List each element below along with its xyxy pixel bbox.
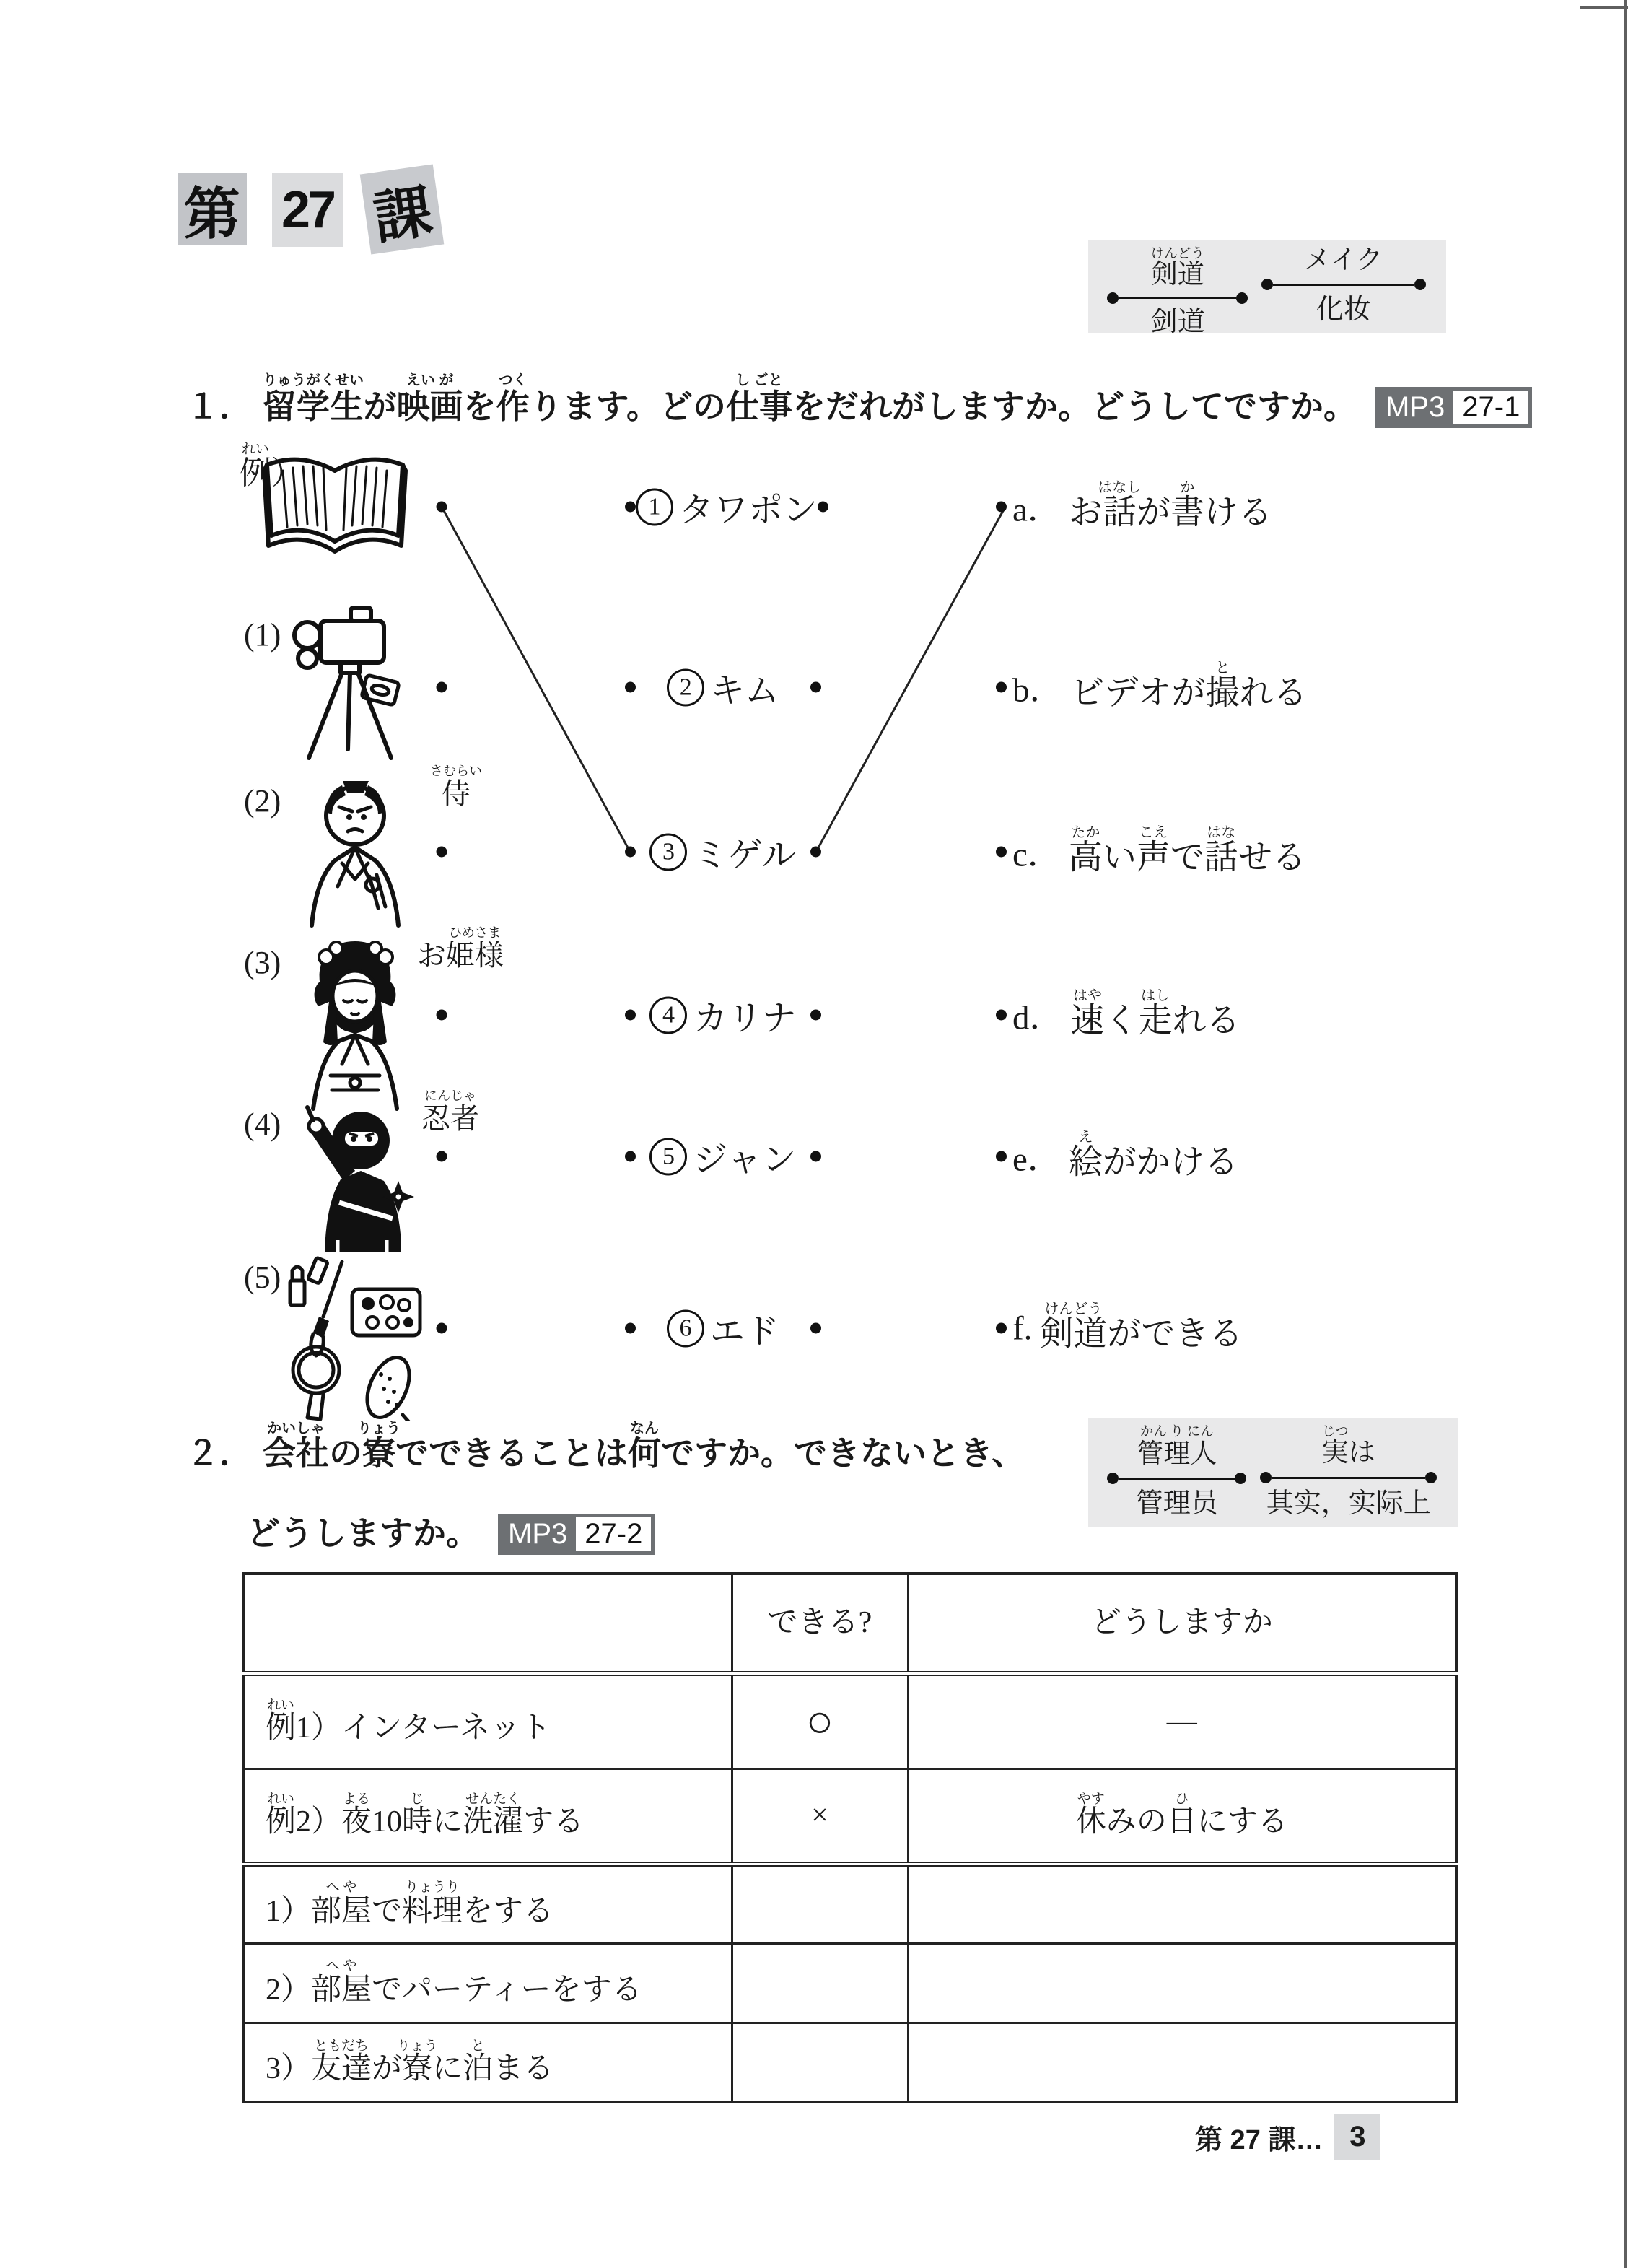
dot-icon — [1261, 279, 1273, 290]
page-edge-line — [1624, 0, 1627, 2268]
table-row-3: 3）友達ともだちが寮りょうに泊とまる — [244, 2023, 1456, 2102]
cell-task: 例れい2）夜よる10時じに洗濯せんたくする — [244, 1768, 732, 1864]
answer-text: 速はやく走はしれる — [1071, 988, 1240, 1042]
answer-text: お話はなしが書かける — [1069, 480, 1272, 534]
dot-icon — [625, 847, 636, 858]
name-row-jean: 5ジャン — [625, 1132, 821, 1182]
cell-can — [732, 2023, 908, 2102]
name-text: エド — [710, 1304, 779, 1353]
mp3-badge: MP3 27-1 — [1375, 387, 1532, 428]
page-corner-tick — [1580, 6, 1628, 9]
video-camera-icon — [279, 601, 408, 780]
makeup-set-icon — [271, 1250, 436, 1424]
vocab-item: メイク 化妆 — [1254, 247, 1433, 325]
vocab-item: 実じつは 其实，实际上 — [1252, 1425, 1445, 1519]
cell-how: 休やすみの日ひにする — [908, 1768, 1456, 1864]
vocab-japanese: 剣道けんどう — [1151, 247, 1204, 289]
dot-icon — [810, 682, 821, 693]
dot-icon — [625, 682, 636, 693]
answer-row-b: b． ビデオが撮とれる — [996, 660, 1308, 715]
dot-icon — [1260, 1472, 1272, 1483]
name-row-miguel: 3ミゲル — [625, 827, 821, 877]
dot-icon-4 — [437, 1151, 447, 1162]
item-label-2: (2) — [244, 785, 281, 817]
lesson-header-ka: 課 — [360, 164, 445, 254]
vocab-item: 剣道けんどう 剑道 — [1101, 247, 1254, 325]
answer-row-e: e． 絵えがかける — [996, 1130, 1238, 1184]
header-task — [244, 1574, 732, 1673]
answer-letter: a． — [1012, 483, 1062, 531]
answer-letter: d． — [1012, 991, 1064, 1039]
caption-princess: お姫様ひめさま — [417, 925, 504, 970]
dot-icon — [810, 847, 821, 858]
caption-samurai: 侍さむらい — [430, 764, 482, 808]
dot-icon — [625, 1151, 636, 1162]
dot-icon-3 — [437, 1010, 447, 1021]
mp3-badge: MP3 27-2 — [498, 1514, 655, 1555]
name-row-edo: 6エド — [625, 1304, 821, 1353]
lesson-header-dai: 第 — [178, 173, 247, 245]
name-row-karina: 4カリナ — [625, 990, 821, 1040]
dormitory-rules-table: できる? どうしますか 例れい1）インターネット ○ — 例れい2）夜よる10時… — [242, 1572, 1458, 2103]
header-can: できる? — [732, 1574, 908, 1673]
vocab-divider — [1261, 279, 1427, 290]
cell-how — [908, 2023, 1456, 2102]
vocab-chinese: 剑道 — [1150, 308, 1205, 337]
dot-icon — [996, 1323, 1007, 1334]
ninja-icon — [283, 1094, 427, 1258]
dot-icon — [996, 682, 1007, 693]
circled-number: 5 — [649, 1138, 687, 1175]
footer-lesson-label: 第 27 課… — [1195, 2117, 1323, 2157]
table-row-example2: 例れい2）夜よる10時じに洗濯せんたくする × 休やすみの日ひにする — [244, 1768, 1456, 1864]
section1-number: １． — [186, 380, 253, 428]
mp3-track-number: 27-1 — [1453, 391, 1528, 424]
dot-icon — [810, 1010, 821, 1021]
textbook-page: 第 27 課 剣道けんどう 剑道 メイク 化妆 １． 留学生りゅうがくせいが映画… — [0, 0, 1628, 2268]
answer-row-d: d． 速はやく走はしれる — [996, 988, 1240, 1042]
vocab-chinese: 管理员 — [1136, 1490, 1218, 1519]
vocab-japanese: 実じつは — [1322, 1425, 1375, 1467]
cell-how — [908, 1864, 1456, 1943]
princess-icon — [286, 933, 424, 1115]
section2-title-line2: どうしますか。 — [247, 1507, 479, 1555]
circled-number: 6 — [667, 1309, 704, 1347]
item-label-3: (3) — [244, 947, 281, 979]
dot-icon — [1107, 1473, 1119, 1484]
dot-icon — [625, 1010, 636, 1021]
vocab-chinese: 化妆 — [1316, 296, 1371, 325]
dot-icon — [625, 502, 636, 513]
caption-ninja: 忍者にんじゃ — [421, 1089, 479, 1133]
dot-icon-1 — [437, 682, 447, 693]
section1-heading: １． 留学生りゅうがくせいが映画えい がを作つくります。どの仕事し ごとをだれが… — [186, 372, 1532, 428]
mp3-icon: MP3 — [1375, 387, 1453, 428]
circled-number: 4 — [649, 996, 687, 1034]
dot-icon — [1414, 279, 1426, 290]
vocab-box-kendo-make: 剣道けんどう 剑道 メイク 化妆 — [1088, 240, 1446, 333]
answer-text: 絵えがかける — [1069, 1130, 1238, 1184]
dot-icon — [996, 1151, 1007, 1162]
mp3-icon: MP3 — [498, 1514, 576, 1555]
vocab-box-kanrinin-jitsuwa: 管理人かん り にん 管理员 実じつは 其实，实际上 — [1088, 1418, 1458, 1527]
circled-number: 1 — [636, 488, 673, 525]
name-row-tawapon: 1タワポン — [625, 482, 821, 532]
dot-icon — [818, 502, 828, 513]
answer-row-a: a． お話はなしが書かける — [996, 480, 1272, 534]
dot-icon — [810, 1323, 821, 1334]
table-row-1: 1）部屋へ やで料理りょうりをする — [244, 1864, 1456, 1943]
item-label-1: (1) — [244, 619, 281, 651]
dot-icon — [810, 1151, 821, 1162]
answer-letter: c． — [1012, 828, 1062, 876]
dot-icon — [625, 1323, 636, 1334]
page-number: 3 — [1334, 2114, 1380, 2160]
cell-task: 2）部屋へ やでパーティーをする — [244, 1943, 732, 2023]
cell-task: 1）部屋へ やで料理りょうりをする — [244, 1864, 732, 1943]
dot-icon-2 — [437, 847, 447, 858]
table-header-row: できる? どうしますか — [244, 1574, 1456, 1673]
circled-number: 2 — [667, 668, 704, 706]
dot-icon — [996, 1010, 1007, 1021]
open-book-icon — [254, 446, 416, 574]
vocab-japanese: 管理人かん り にん — [1137, 1425, 1217, 1469]
lesson-header-number: 27 — [272, 173, 343, 247]
answer-letter: f. — [1012, 1309, 1032, 1348]
vocab-divider — [1260, 1472, 1437, 1483]
dot-icon — [1236, 292, 1248, 304]
dot-icon — [1425, 1472, 1437, 1483]
dot-icon — [996, 847, 1007, 858]
name-text: カリナ — [693, 990, 796, 1040]
mp3-track-number: 27-2 — [576, 1517, 651, 1551]
answer-text: ビデオが撮とれる — [1071, 660, 1308, 715]
answer-row-c: c． 高たかい声こえで話はなせる — [996, 825, 1306, 879]
dot-icon-example — [437, 502, 447, 513]
vocab-divider — [1107, 1473, 1246, 1484]
name-text: キム — [710, 663, 779, 712]
dot-icon — [1235, 1473, 1246, 1484]
answer-letter: b． — [1012, 663, 1064, 712]
vocab-japanese: メイク — [1304, 247, 1383, 275]
dot-icon-5 — [437, 1323, 447, 1334]
cell-can: ○ — [732, 1673, 908, 1768]
answer-letter: e． — [1012, 1133, 1062, 1181]
vocab-divider — [1107, 292, 1248, 304]
samurai-icon — [286, 769, 424, 933]
item-label-4: (4) — [244, 1109, 281, 1140]
cell-task: 例れい1）インターネット — [244, 1673, 732, 1768]
cell-can — [732, 1864, 908, 1943]
section2-title-line1: 会社かいしゃの寮りょうでできることは何なんですか。できないとき、 — [263, 1421, 1025, 1475]
circled-number: 3 — [649, 833, 687, 871]
answer-row-f: f. 剣道けんどうができる — [996, 1301, 1243, 1356]
cell-how — [908, 1943, 1456, 2023]
section2-number: ２． — [186, 1427, 253, 1475]
section2-heading-line1: ２． 会社かいしゃの寮りょうでできることは何なんですか。できないとき、 — [186, 1421, 1025, 1475]
name-text: ジャン — [693, 1132, 796, 1182]
answer-text: 高たかい声こえで話はなせる — [1069, 825, 1306, 879]
table-row-example1: 例れい1）インターネット ○ — — [244, 1673, 1456, 1768]
cell-task: 3）友達ともだちが寮りょうに泊とまる — [244, 2023, 732, 2102]
section2-heading-line2: どうしますか。 MP3 27-2 — [247, 1507, 655, 1555]
dot-icon — [1107, 292, 1119, 304]
cell-how: — — [908, 1673, 1456, 1768]
name-text: タワポン — [679, 482, 818, 532]
dot-icon — [996, 502, 1007, 513]
name-row-kim: 2キム — [625, 663, 821, 712]
table-row-2: 2）部屋へ やでパーティーをする — [244, 1943, 1456, 2023]
vocab-item: 管理人かん り にん 管理员 — [1101, 1425, 1252, 1519]
page-footer: 第 27 課… 3 — [1195, 2114, 1380, 2160]
vocab-chinese: 其实，实际上 — [1266, 1490, 1431, 1519]
cell-can — [732, 1943, 908, 2023]
header-how: どうしますか — [908, 1574, 1456, 1673]
cell-can: × — [732, 1768, 908, 1864]
answer-text: 剣道けんどうができる — [1039, 1301, 1243, 1356]
name-text: ミゲル — [693, 827, 796, 877]
section1-title: 留学生りゅうがくせいが映画えい がを作つくります。どの仕事し ごとをだれがします… — [263, 372, 1357, 428]
